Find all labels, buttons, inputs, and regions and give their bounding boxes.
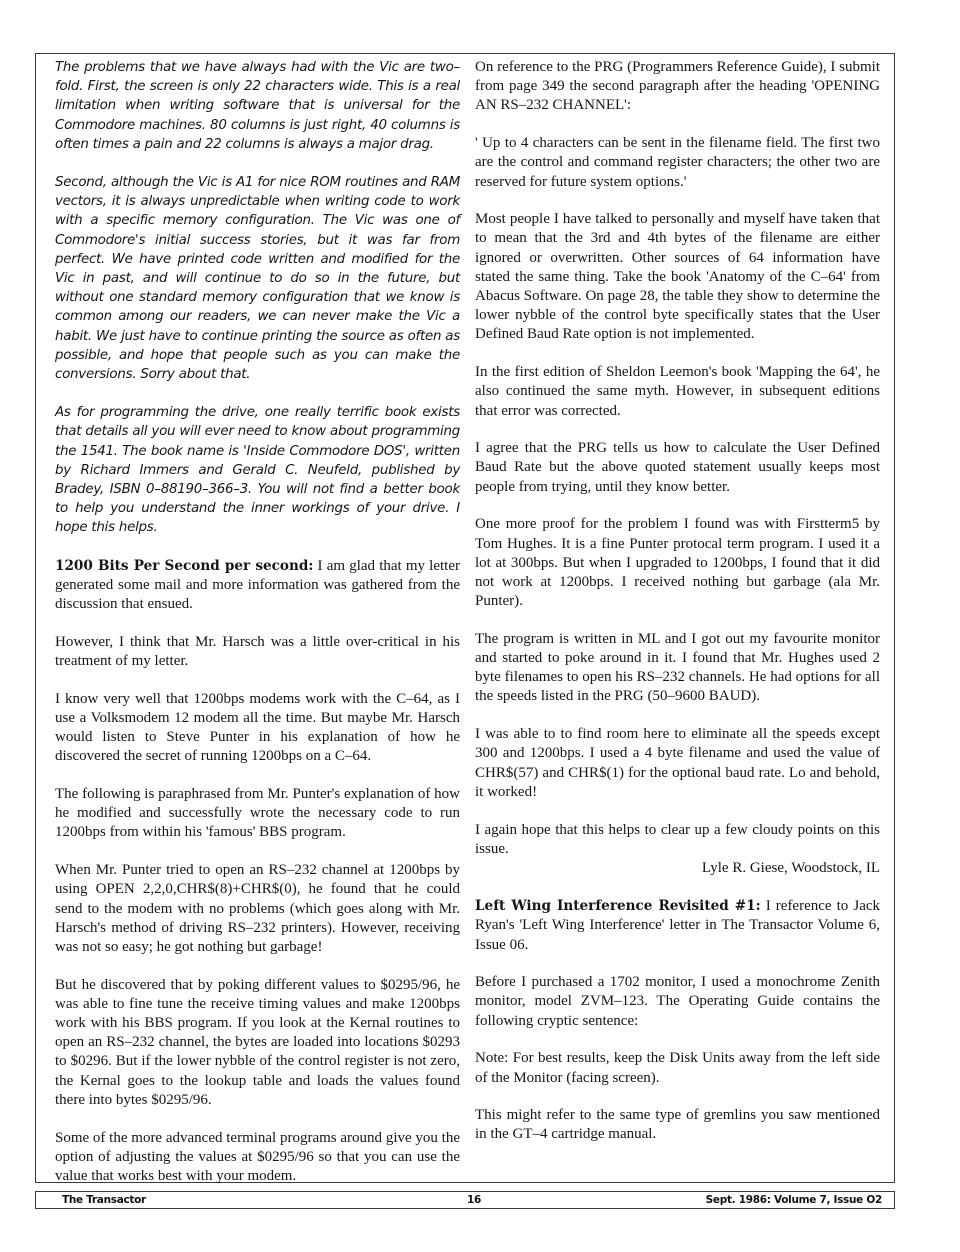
editor-reply-paragraph: Second, although the Vic is A1 for nice …: [55, 173, 460, 384]
left-column: The problems that we have always had wit…: [55, 58, 460, 1205]
letter-paragraph: One more proof for the problem I found w…: [475, 515, 880, 611]
letter-paragraph: ' Up to 4 characters can be sent in the …: [475, 134, 880, 192]
letter-1200-bps: 1200 Bits Per Second per second: I am gl…: [55, 557, 460, 1186]
letter-paragraph: The program is written in ML and I got o…: [475, 630, 880, 707]
letter-paragraph: However, I think that Mr. Harsch was a l…: [55, 633, 460, 671]
letter-paragraph: I was able to to find room here to elimi…: [475, 725, 880, 802]
letter-signature: Lyle R. Giese, Woodstock, IL: [475, 859, 880, 878]
page-footer: The Transactor 16 Sept. 1986: Volume 7, …: [35, 1191, 895, 1209]
letter-intro-paragraph: 1200 Bits Per Second per second: I am gl…: [55, 557, 460, 615]
publication-name: The Transactor: [62, 1194, 146, 1206]
letter-paragraph: I know very well that 1200bps modems wor…: [55, 690, 460, 767]
letter-paragraph: Some of the more advanced terminal progr…: [55, 1129, 460, 1187]
editor-reply-paragraph: As for programming the drive, one really…: [55, 403, 460, 537]
letter-paragraph: I again hope that this helps to clear up…: [475, 821, 880, 859]
editor-reply: The problems that we have always had wit…: [55, 58, 460, 538]
letter-paragraph: Most people I have talked to personally …: [475, 210, 880, 344]
letter-paragraph: Before I purchased a 1702 monitor, I use…: [475, 973, 880, 1031]
issue-info: Sept. 1986: Volume 7, Issue O2: [706, 1194, 882, 1206]
letter-paragraph: This might refer to the same type of gre…: [475, 1106, 880, 1144]
letter-paragraph: I agree that the PRG tells us how to cal…: [475, 439, 880, 497]
letter-heading: Left Wing Interference Revisited #1:: [475, 898, 761, 914]
page-number: 16: [467, 1194, 481, 1206]
letter-paragraph: In the first edition of Sheldon Leemon's…: [475, 363, 880, 421]
letter-paragraph: The following is paraphrased from Mr. Pu…: [55, 785, 460, 843]
letter-intro-paragraph: Left Wing Interference Revisited #1: I r…: [475, 897, 880, 955]
letter-left-wing-interference: Left Wing Interference Revisited #1: I r…: [475, 897, 880, 1145]
letter-paragraph: Note: For best results, keep the Disk Un…: [475, 1049, 880, 1087]
letter-1200-bps-continued: On reference to the PRG (Programmers Ref…: [475, 58, 880, 879]
letter-paragraph: When Mr. Punter tried to open an RS–232 …: [55, 861, 460, 957]
right-column: On reference to the PRG (Programmers Ref…: [475, 58, 880, 1163]
editor-reply-paragraph: The problems that we have always had wit…: [55, 58, 460, 154]
letter-heading: 1200 Bits Per Second per second:: [55, 558, 313, 574]
letter-paragraph: On reference to the PRG (Programmers Ref…: [475, 58, 880, 116]
letter-paragraph: But he discovered that by poking differe…: [55, 976, 460, 1110]
